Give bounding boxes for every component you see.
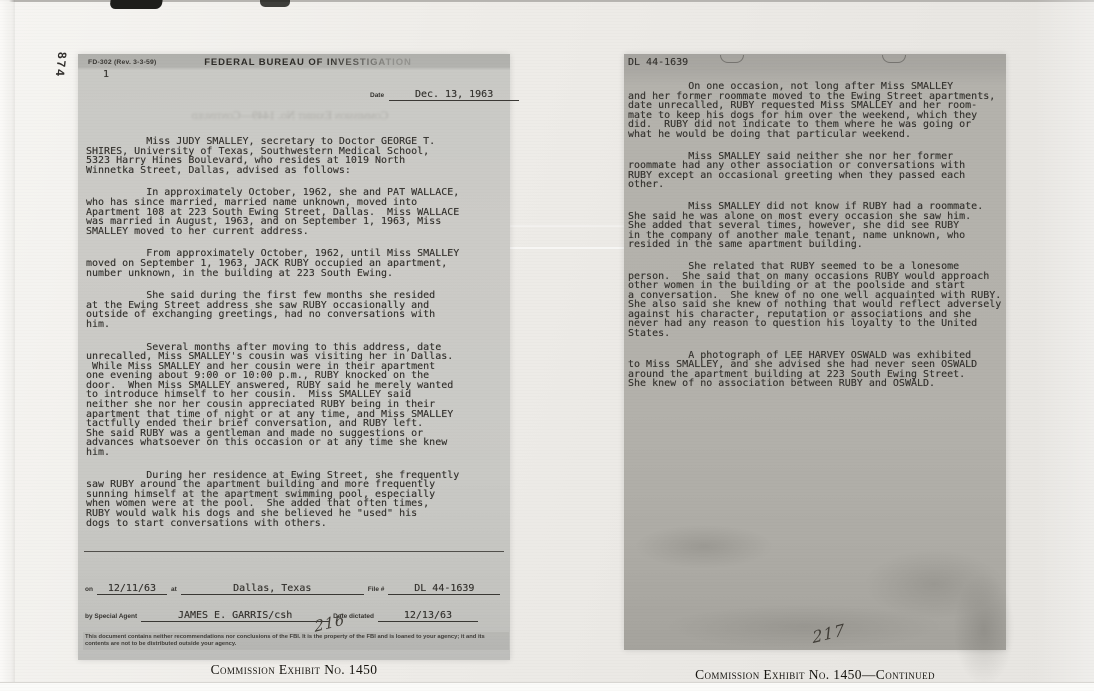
file-number-header: DL 44-1639 — [628, 58, 688, 68]
date-row: Date Dec. 13, 1963 — [370, 90, 519, 101]
file-number-value: DL 44-1639 — [388, 584, 500, 595]
report-paragraph: Miss JUDY SMALLEY, secretary to Doctor G… — [86, 137, 506, 175]
scan-artifact-line — [496, 247, 630, 249]
scan-smudge — [634, 524, 774, 569]
ghost-showthrough-text: Commission Exhibit No. 1449—Continued — [140, 110, 440, 122]
book-bottom-edge — [0, 682, 1094, 691]
report-paragraph: In approximately October, 1962, she and … — [86, 188, 506, 236]
handwritten-page-number: 217 — [812, 620, 846, 647]
scan-smudge — [864, 549, 1004, 619]
at-label: at — [171, 586, 177, 593]
form-number: FD-302 (Rev. 3-3-59) — [88, 59, 156, 66]
book-left-edge — [0, 0, 15, 691]
report-continuation-page: DL 44-1639 On one occasion, not long aft… — [624, 54, 1006, 650]
interview-info-row: on 12/11/63 at Dallas, Texas File # DL 4… — [85, 584, 500, 595]
report-paragraph: Several months after moving to this addr… — [86, 343, 506, 458]
report-body: Miss JUDY SMALLEY, secretary to Doctor G… — [86, 137, 506, 541]
scan-top-edge — [0, 0, 1094, 2]
on-label: on — [85, 586, 93, 593]
report-body: On one occasion, not long after Miss SMA… — [628, 82, 1006, 401]
scanned-book-page: 874 FD-302 (Rev. 3-3-59) FEDERAL BUREAU … — [0, 0, 1094, 691]
scan-smudge — [664, 604, 944, 649]
report-paragraph: She related that RUBY seemed to be a lon… — [628, 262, 1006, 339]
scan-artifact-line — [496, 225, 630, 227]
agent-info-row: by Special Agent JAMES E. GARRIS/csh Dat… — [85, 611, 478, 622]
exhibit-caption: Commission Exhibit No. 1450 — [78, 662, 510, 678]
fbi-boilerplate-text: This document contains neither recommend… — [83, 632, 509, 650]
report-paragraph: During her residence at Ewing Street, sh… — [86, 471, 506, 529]
date-label: Date — [370, 92, 384, 99]
report-paragraph: A photograph of LEE HARVEY OSWALD was ex… — [628, 351, 1006, 389]
interview-date-value: 12/11/63 — [97, 584, 167, 595]
footer-divider-line — [84, 551, 504, 552]
date-dictated-value: 12/13/63 — [378, 611, 478, 622]
report-paragraph: Miss SMALLEY did not know if RUBY had a … — [628, 202, 1006, 250]
binding-mark — [109, 0, 162, 9]
report-paragraph: From approximately October, 1962, until … — [86, 249, 506, 278]
interview-location-value: Dallas, Texas — [181, 584, 364, 595]
report-paragraph: She said during the first few months she… — [86, 291, 506, 329]
date-value: Dec. 13, 1963 — [389, 90, 519, 101]
binding-mark — [260, 0, 290, 7]
fbi-header-title: FEDERAL BUREAU OF INVESTIGATION — [178, 57, 438, 68]
book-right-edge — [1034, 0, 1094, 691]
report-paragraph: On one occasion, not long after Miss SMA… — [628, 82, 1006, 140]
special-agent-value: JAMES E. GARRIS/csh — [141, 611, 329, 622]
fd302-report-page: FD-302 (Rev. 3-3-59) FEDERAL BUREAU OF I… — [78, 54, 510, 660]
file-number-label: File # — [368, 586, 385, 593]
exhibit-caption-continued: Commission Exhibit No. 1450—Continued — [624, 667, 1006, 683]
staple-mark — [720, 55, 744, 63]
staple-mark — [882, 55, 906, 63]
special-agent-label: by Special Agent — [85, 613, 137, 620]
book-margin-page-number: 874 — [53, 52, 70, 78]
report-paragraph: Miss SMALLEY said neither she nor her fo… — [628, 152, 1006, 190]
report-page-number: 1 — [103, 70, 109, 80]
